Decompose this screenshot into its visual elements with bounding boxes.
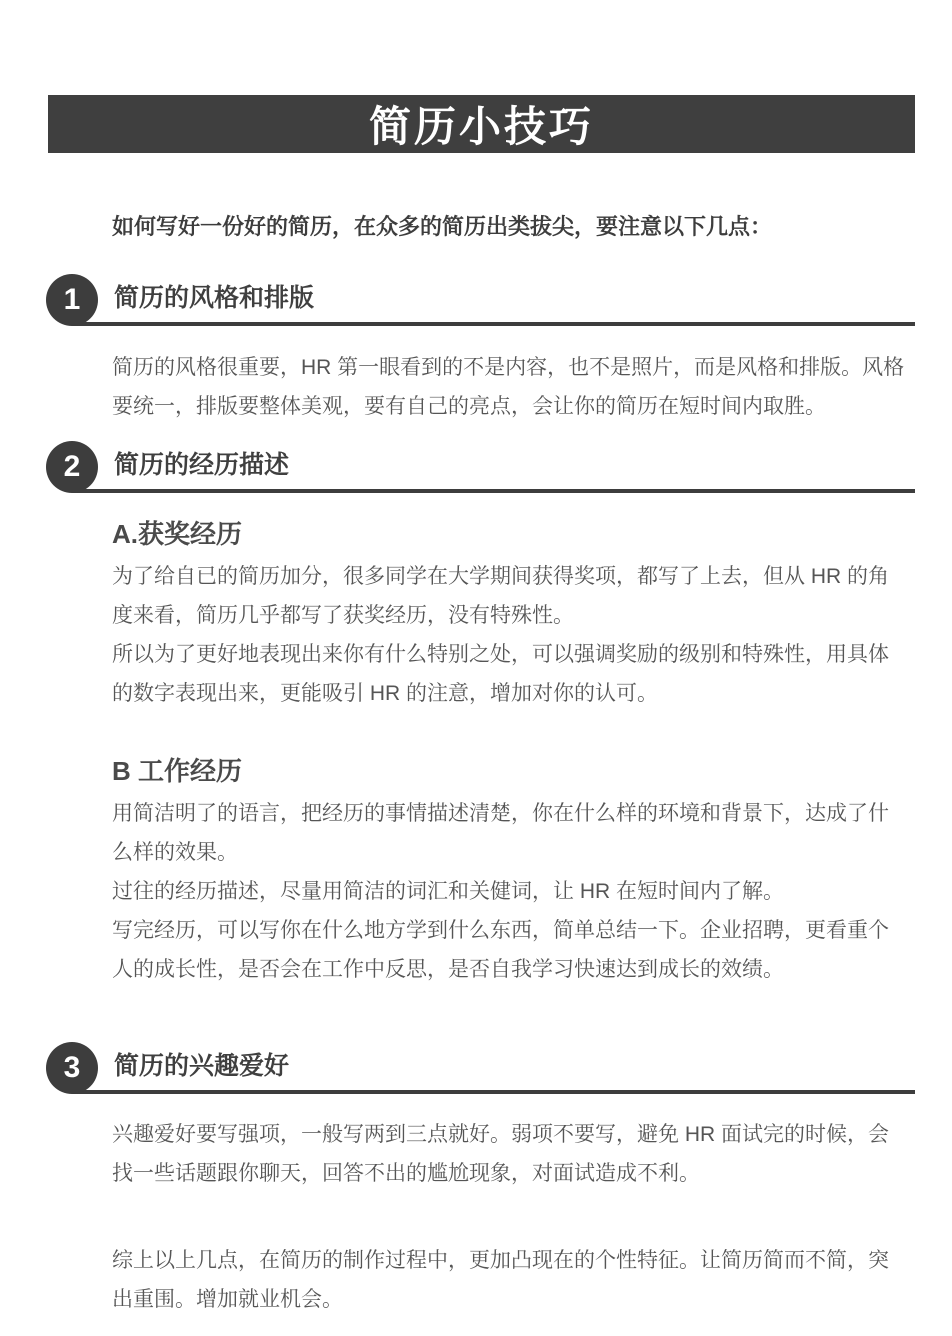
section-3-header: 3 简历的兴趣爱好 [46,1041,915,1095]
section-1-header: 1 简历的风格和排版 [46,273,915,327]
section-3-body: 兴趣爱好要写强项，一般写两到三点就好。弱项不要写，避免 HR 面试完的时候，会找… [112,1115,905,1193]
paragraph: 所以为了更好地表现出来你有什么特别之处，可以强调奖励的级别和特殊性，用具体的数字… [112,635,905,713]
section-1-body: 简历的风格很重要，HR 第一眼看到的不是内容，也不是照片，而是风格和排版。风格要… [112,348,905,426]
section-3-number-badge: 3 [46,1042,98,1094]
intro-text: 如何写好一份好的简历，在众多的简历出类拔尖，要注意以下几点： [112,213,905,241]
title-banner: 简历小技巧 [48,95,915,153]
section-2-header: 2 简历的经历描述 [46,440,915,494]
page-title: 简历小技巧 [369,94,594,154]
section-3-divider [72,1090,915,1094]
paragraph: 写完经历，可以写你在什么地方学到什么东西，简单总结一下。企业招聘，更看重个人的成… [112,911,905,989]
subsection-a-heading: A.获奖经历 [112,514,905,551]
subsection-b-heading: B 工作经历 [112,751,905,788]
paragraph: 用简洁明了的语言，把经历的事情描述清楚，你在什么样的环境和背景下，达成了什么样的… [112,794,905,872]
section-2-title: 简历的经历描述 [114,445,289,481]
section-2-body: A.获奖经历 为了给自已的简历加分，很多同学在大学期间获得奖项，都写了上去，但从… [112,514,905,989]
subsection-a-body: 为了给自已的简历加分，很多同学在大学期间获得奖项，都写了上去，但从 HR 的角度… [112,557,905,713]
closing-block: 综上以上几点，在简历的制作过程中，更加凸现在的个性特征。让简历简而不简，突出重围… [112,1241,905,1319]
section-1-divider [72,322,915,326]
paragraph: 简历的风格很重要，HR 第一眼看到的不是内容，也不是照片，而是风格和排版。风格要… [112,348,905,426]
closing-paragraph: 综上以上几点，在简历的制作过程中，更加凸现在的个性特征。让简历简而不简，突出重围… [112,1241,905,1319]
section-1-number-badge: 1 [46,274,98,326]
paragraph: 过往的经历描述，尽量用简洁的词汇和关健词，让 HR 在短时间内了解。 [112,872,905,911]
section-2-number-badge: 2 [46,441,98,493]
section-2-divider [72,489,915,493]
subsection-b-body: 用简洁明了的语言，把经历的事情描述清楚，你在什么样的环境和背景下，达成了什么样的… [112,794,905,989]
section-1-title: 简历的风格和排版 [114,278,314,314]
paragraph: 兴趣爱好要写强项，一般写两到三点就好。弱项不要写，避免 HR 面试完的时候，会找… [112,1115,905,1193]
document-page: 简历小技巧 如何写好一份好的简历，在众多的简历出类拔尖，要注意以下几点： 1 简… [0,0,952,1336]
section-3-title: 简历的兴趣爱好 [114,1046,289,1082]
paragraph: 为了给自已的简历加分，很多同学在大学期间获得奖项，都写了上去，但从 HR 的角度… [112,557,905,635]
